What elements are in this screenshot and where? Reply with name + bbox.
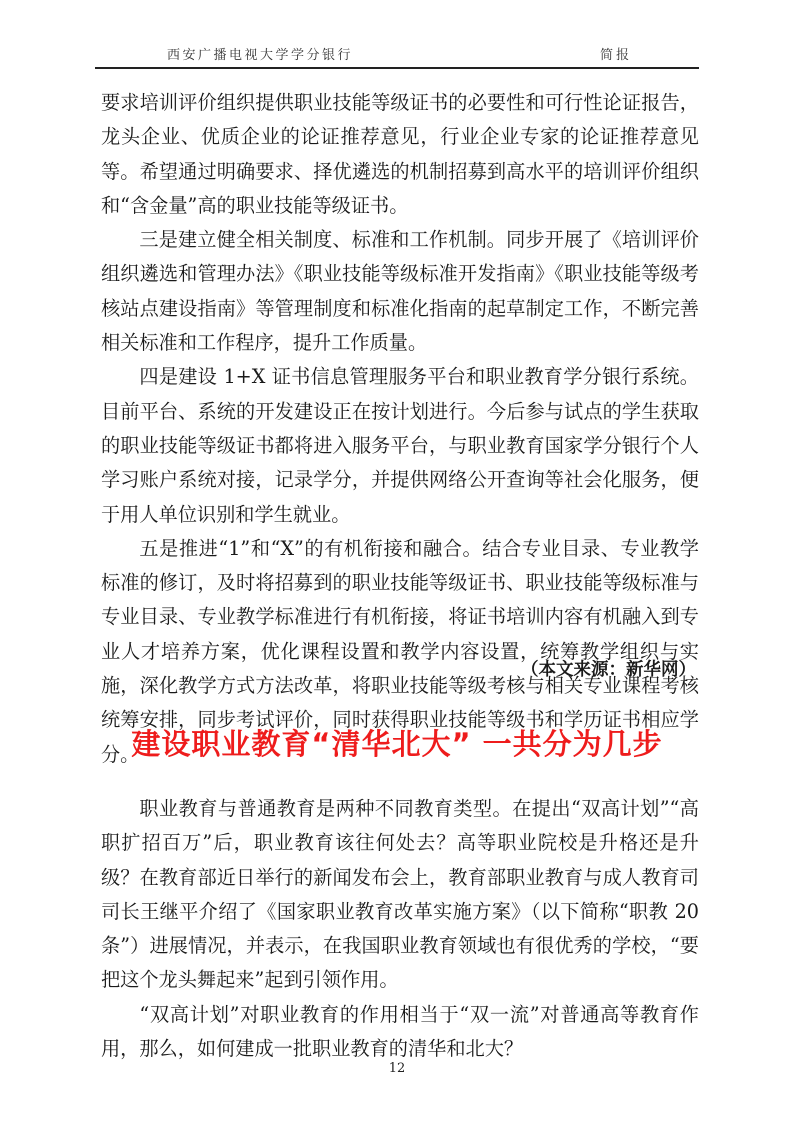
running-header: 西安广播电视大学学分银行 简报 — [95, 44, 699, 68]
article-source: （本文来源：新华网） — [101, 656, 696, 681]
header-publication-type: 简报 — [600, 44, 632, 63]
article-title: 建设职业教育“清华北大” 一共分为几步 — [0, 722, 794, 763]
paragraph: 要求培训评价组织提供职业技能等级证书的必要性和可行性论证报告，龙头企业、优质企业… — [101, 86, 699, 223]
header-institution: 西安广播电视大学学分银行 — [167, 44, 353, 63]
article2-body: 职业教育与普通教育是两种不同教育类型。在提出“双高计划”“高职扩招百万”后，职业… — [101, 792, 699, 1066]
paragraph: “双高计划”对职业教育的作用相当于“双一流”对普通高等教育作用，那么，如何建成一… — [101, 998, 699, 1067]
paragraph: 三是建立健全相关制度、标准和工作机制。同步开展了《培训评价组织遴选和管理办法》《… — [101, 223, 699, 360]
page-number: 12 — [0, 1061, 794, 1076]
header-rule — [95, 67, 699, 69]
paragraph: 职业教育与普通教育是两种不同教育类型。在提出“双高计划”“高职扩招百万”后，职业… — [101, 792, 699, 998]
paragraph: 四是建设 1+X 证书信息管理服务平台和职业教育学分银行系统。目前平台、系统的开… — [101, 360, 699, 531]
